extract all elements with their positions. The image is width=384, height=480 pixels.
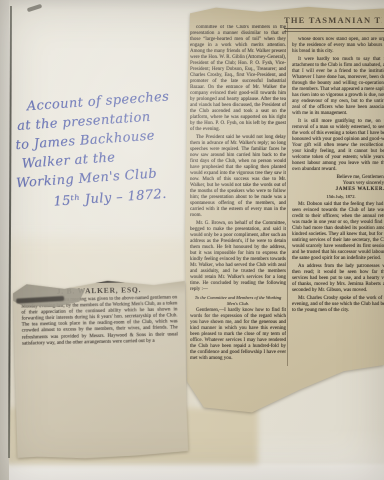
letter-body: Gentlemen,—I hardly know how to find fit… [190, 308, 286, 362]
paragraph: Mr. G. Brown, on behalf of the Committee… [190, 221, 286, 293]
scrapbook-photo: Account of speeches at the presentation … [0, 0, 384, 480]
newspaper-masthead: THE TASMANIAN TRIBUNE [284, 15, 382, 25]
main-newspaper-clipping: THE TASMANIAN TRIBUNE committee of the C… [184, 6, 384, 414]
paragraph: It is still more gratifying to me, on th… [292, 119, 384, 173]
paragraph: Mr. Charles Crosby spoke of the work of … [292, 296, 384, 314]
paragraph: whose doors now stand open, and are urge… [292, 37, 384, 55]
masthead-rule [284, 31, 384, 32]
signature-name: JAMES WALKER. [292, 187, 384, 193]
clipping-column-left: committee of the Club's members in the p… [190, 25, 286, 410]
paragraph: The President said he would not long del… [190, 135, 286, 219]
paragraph: It were hardly too much to say that my a… [292, 57, 384, 117]
small-newspaper-clipping: J. B. WALKER, ESQ. A complimentary tea m… [12, 249, 188, 430]
column-divider-rule [287, 22, 288, 366]
heading-rule [39, 280, 159, 285]
date-line: 15th July, 1872. [292, 194, 384, 200]
corner-mark [27, 4, 43, 12]
paragraph: committee of the Club's members in the p… [190, 25, 286, 133]
clipping-column-right: whose doors now stand open, and are urge… [292, 37, 384, 359]
paragraph: An address from the lady patronesses was… [292, 264, 384, 294]
letter-signature-block: Believe me, Gentlemen, Yours very sincer… [292, 175, 384, 193]
letter-salutation: To the Committee and Members of the Work… [190, 295, 286, 307]
masthead-rule [284, 28, 384, 29]
handwritten-note: Account of speeches at the presentation … [10, 86, 198, 214]
paragraph: Mr. Dobson said that the feeling they ha… [292, 202, 384, 262]
